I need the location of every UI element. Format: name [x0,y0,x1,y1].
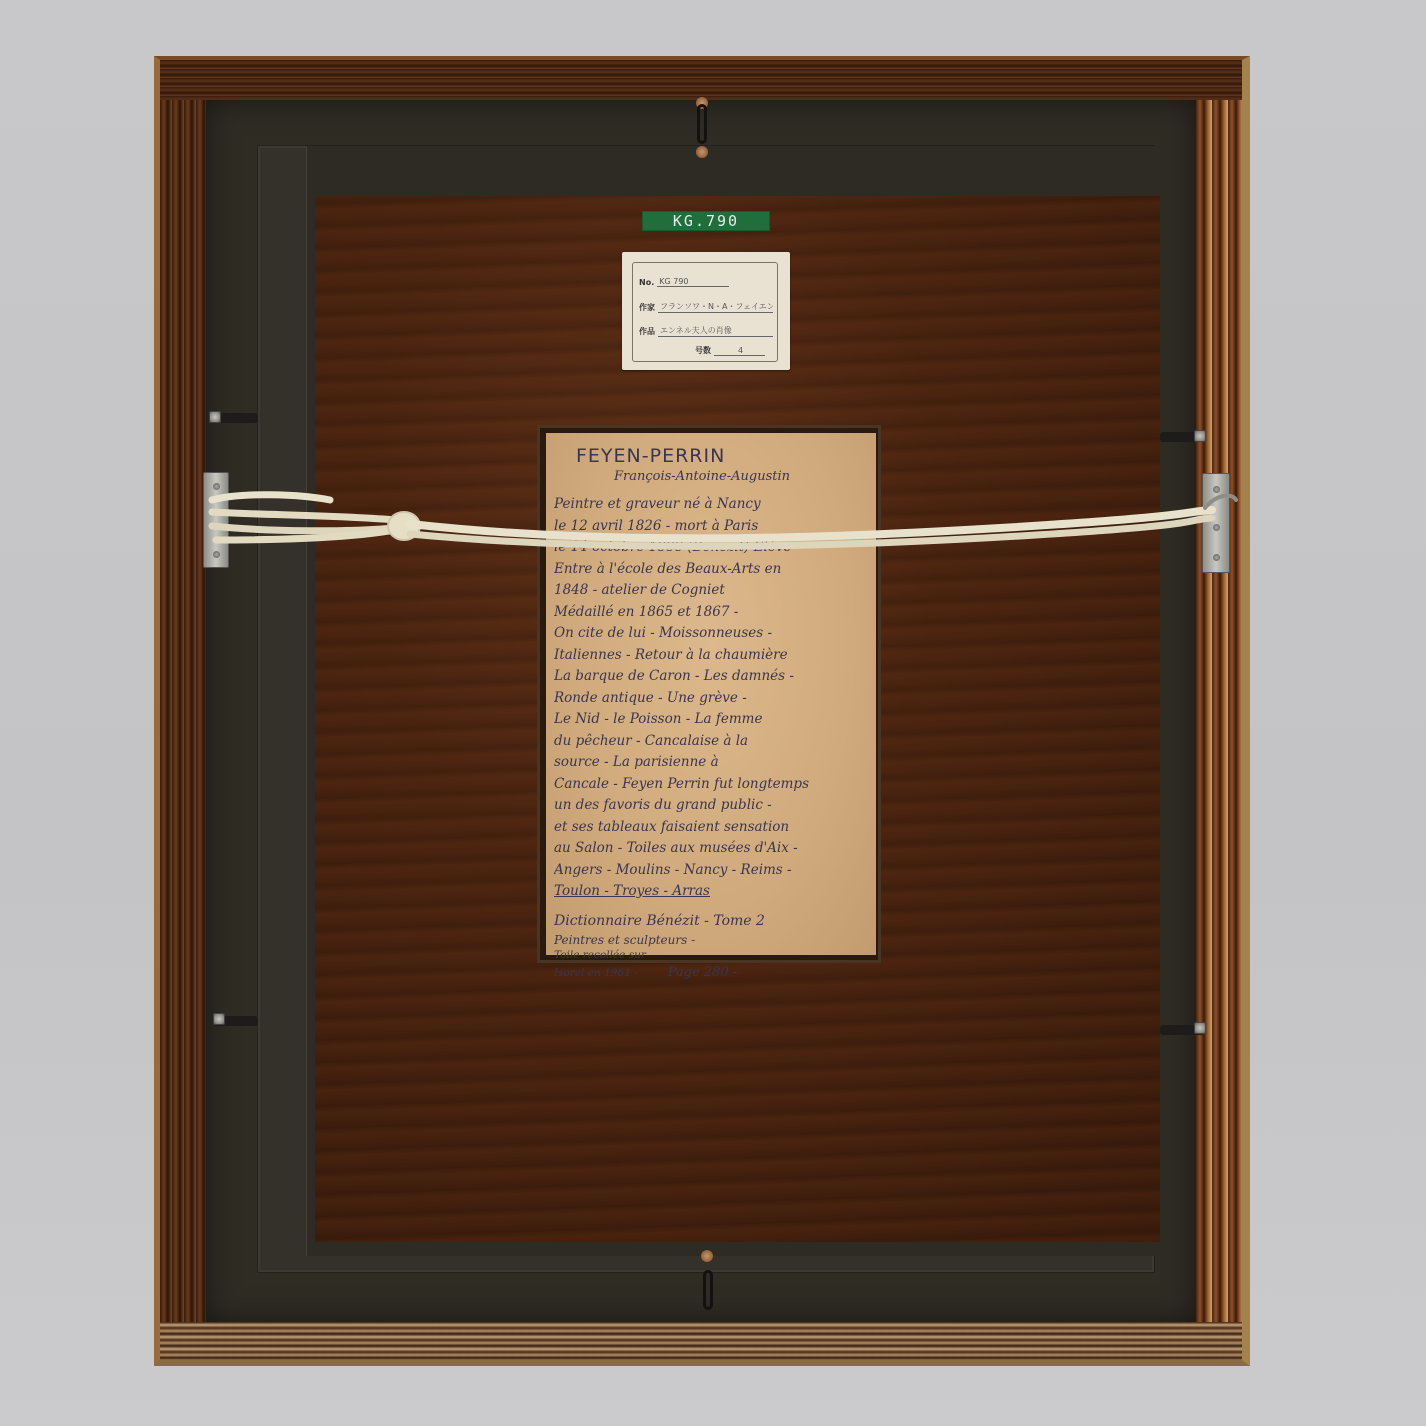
bottom-hanger-loop-icon [703,1270,713,1310]
frame-bottom-rail [160,1322,1242,1360]
note-reference-sub: Peintres et sculpteurs - [554,932,868,948]
frame-right-rail [1196,100,1242,1324]
top-hanger-loop-icon [697,104,707,144]
note-footer: Isorel en 1961 - Page 280 - [554,962,868,984]
catalog-value: フランソワ・N・A・フェイエン-ペラン [658,301,773,313]
top-nail-head-icon [696,146,708,158]
screw-icon [1194,1022,1206,1034]
screw-icon [209,411,221,423]
catalog-key: 号数 [695,345,711,356]
bracket-screw-icon [213,483,220,490]
bottom-nail-icon [701,1250,713,1262]
note-line: Ronde antique - Une grève - [554,688,868,710]
bracket-screw-icon [1213,554,1220,561]
note-line: et ses tableaux faisaient sensation [554,817,868,839]
bracket-screw-icon [213,551,220,558]
catalog-key: No. [639,278,654,287]
note-line: un des favoris du grand public - [554,795,868,817]
note-line: Toulon - Troyes - Arras [554,881,868,903]
note-reference: Dictionnaire Bénézit - Tome 2 [554,911,868,933]
screw-icon [1194,430,1206,442]
note-line: On cite de lui - Moissonneuses - [554,623,868,645]
note-line: Médaillé en 1865 et 1867 - [554,602,868,624]
catalog-row-size: 号数 4 [695,345,765,356]
note-line: Italiennes - Retour à la chaumière [554,645,868,667]
bracket-screw-icon [1213,486,1220,493]
note-page: Page 280 - [668,962,737,984]
screw-icon [213,1013,225,1025]
note-line: Cancale - Feyen Perrin fut longtemps [554,774,868,796]
catalog-row-title: 作品 エンネル夫人の肖像 [639,325,773,337]
inventory-number-tag: KG.790 [642,211,770,231]
note-line: Angers - Moulins - Nancy - Reims - [554,860,868,882]
catalog-key: 作家 [639,302,655,313]
note-line: le 12 avril 1826 - mort à Paris [554,516,868,538]
note-subtitle: François-Antoine-Augustin [614,469,868,484]
note-line: source - La parisienne à [554,752,868,774]
note-footnote: Isorel en 1961 - [554,966,638,980]
catalog-value: エンネル夫人の肖像 [658,325,773,337]
note-line: Peintre et graveur né à Nancy [554,494,868,516]
catalog-label: No. KG 790 作家 フランソワ・N・A・フェイエン-ペラン 作品 エンネ… [622,252,790,370]
left-dring-bracket-icon [203,472,229,568]
note-line: La barque de Caron - Les damnés - [554,666,868,688]
note-title: FEYEN-PERRIN [576,445,868,467]
catalog-row-artist: 作家 フランソワ・N・A・フェイエン-ペラン [639,301,773,313]
note-line: du pêcheur - Cancalaise à la [554,731,868,753]
catalog-key: 作品 [639,326,655,337]
note-line: 1848 - atelier de Cogniet [554,580,868,602]
note-line: au Salon - Toiles aux musées d'Aix - [554,838,868,860]
note-line: Entre à l'école des Beaux-Arts en [554,559,868,581]
catalog-row-number: No. KG 790 [639,277,773,287]
frame-left-rail [160,100,208,1324]
catalog-value: KG 790 [657,277,729,287]
catalog-label-border: No. KG 790 作家 フランソワ・N・A・フェイエン-ペラン 作品 エンネ… [632,262,778,362]
catalog-value: 4 [714,346,765,356]
note-line: le 14 octobre 1888 (Bénézit) Elève [554,537,868,559]
handwritten-provenance-note: FEYEN-PERRIN François-Antoine-Augustin P… [546,433,876,955]
note-line: Le Nid - le Poisson - La femme [554,709,868,731]
note-footnote: Toile recollée sur [554,948,868,962]
bracket-screw-icon [1213,524,1220,531]
right-dring-bracket-icon [1202,473,1230,573]
